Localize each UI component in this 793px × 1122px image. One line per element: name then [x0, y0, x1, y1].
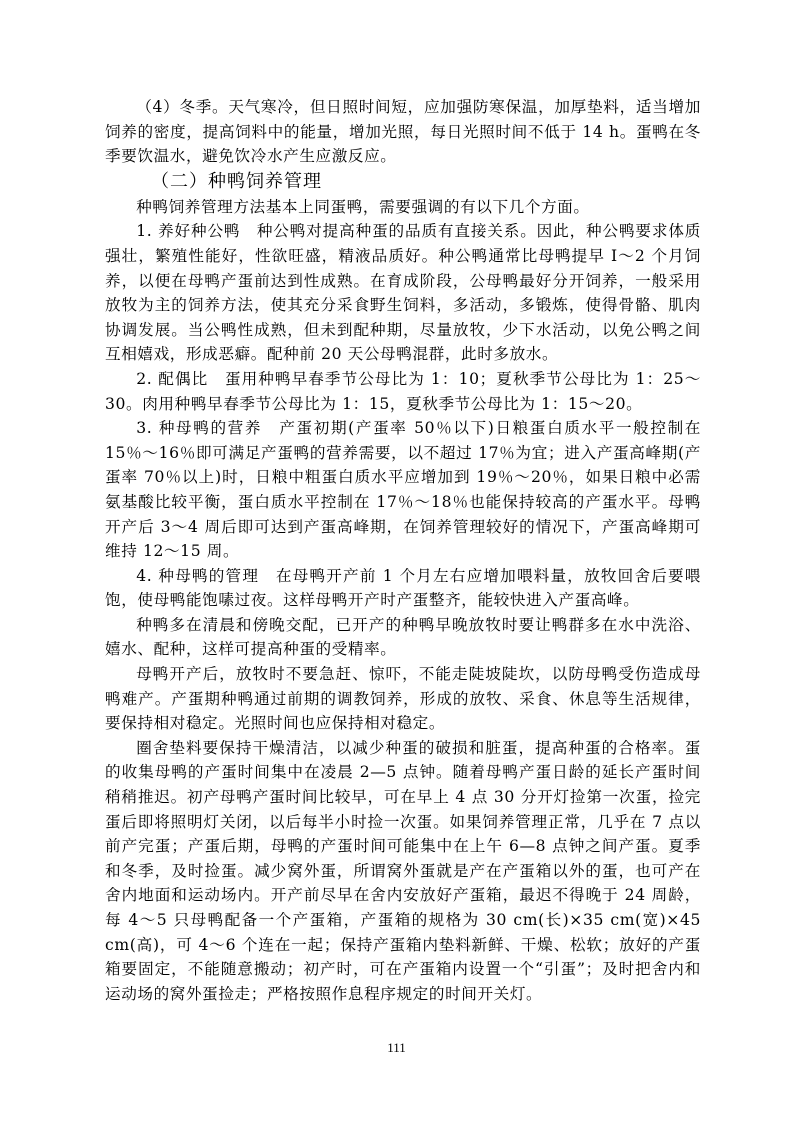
paragraph-mating-ratio: 2. 配偶比 蛋用种鸭早春季节公母比为 1：10；夏秋季节公母比为 1：25～3… [105, 367, 701, 416]
document-page: （4）冬季。天气寒冷，但日照时间短，应加强防寒保温，加厚垫料，适当增加饲养的密度… [105, 95, 701, 1006]
paragraph-winter: （4）冬季。天气寒冷，但日照时间短，应加强防寒保温，加厚垫料，适当增加饲养的密度… [105, 95, 701, 169]
page-number: 111 [0, 1040, 793, 1056]
paragraph-mating-time: 种鸭多在清晨和傍晚交配，已开产的种鸭早晚放牧时要让鸭群多在水中洗浴、嬉水、配种，… [105, 613, 701, 662]
paragraph-male-ducks: 1. 养好种公鸭 种公鸭对提高种蛋的品质有直接关系。因此，种公鸭要求体质强壮，繁… [105, 219, 701, 367]
paragraph-egg-collection: 圈舍垫料要保持干燥清洁，以减少种蛋的破损和脏蛋，提高种蛋的合格率。蛋的收集母鸭的… [105, 736, 701, 1007]
paragraph-intro: 种鸭饲养管理方法基本上同蛋鸭，需要强调的有以下几个方面。 [105, 195, 701, 220]
paragraph-female-nutrition: 3. 种母鸭的营养 产蛋初期(产蛋率 50％以下)日粮蛋白质水平一般控制在 15… [105, 416, 701, 564]
paragraph-female-management: 4. 种母鸭的管理 在母鸭开产前 1 个月左右应增加喂料量，放牧回舍后要喂饱，使… [105, 564, 701, 613]
paragraph-laying-care: 母鸭开产后，放牧时不要急赶、惊吓，不能走陡坡陡坎，以防母鸭受伤造成母鸭难产。产蛋… [105, 662, 701, 736]
section-heading-breeding-duck-management: （二）种鸭饲养管理 [105, 169, 701, 195]
